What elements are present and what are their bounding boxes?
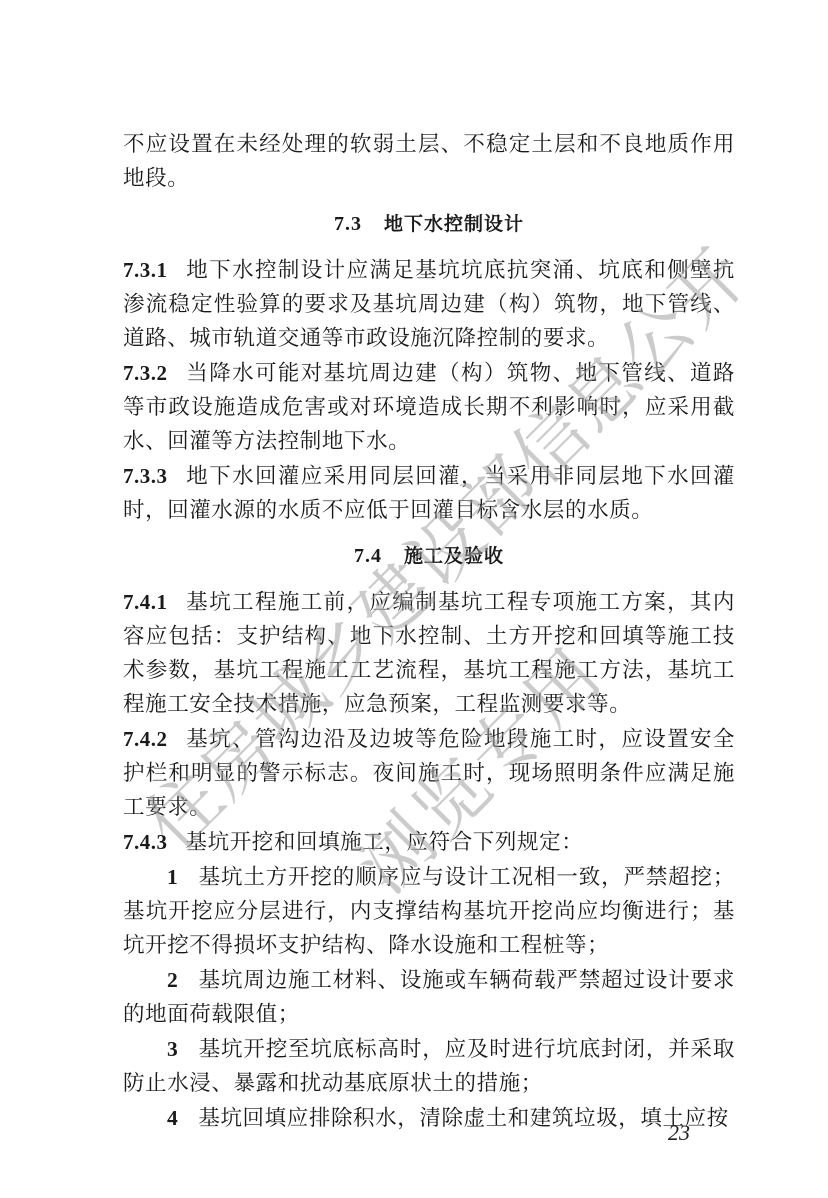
clause-text: 当降水可能对基坑周边建（构）筑物、地下管线、道路等市政设施造成危害或对环境造成长… [123, 361, 735, 454]
clause-7-3-3: 7.3.3地下水回灌应采用同层回灌，当采用非同层地下水回灌时，回灌水源的水质不应… [123, 459, 735, 528]
clause-number: 7.3.1 [123, 258, 168, 282]
clause-number: 7.3.3 [123, 464, 168, 488]
clause-7-4-3: 7.4.3基坑开挖和回填施工，应符合下列规定： [123, 825, 735, 860]
clause-7-4-1: 7.4.1基坑工程施工前，应编制基坑工程专项施工方案，其内容应包括：支护结构、地… [123, 585, 735, 722]
list-item-text: 基坑回填应排除积水，清除虚土和建筑垃圾，填土应按 [198, 1106, 728, 1131]
clause-7-4-2: 7.4.2基坑、管沟边沿及边坡等危险地段施工时，应设置安全护栏和明显的警示标志。… [123, 722, 735, 825]
list-item-number: 3 [167, 1032, 178, 1066]
page-number: 23 [668, 1120, 690, 1146]
section-title: 地下水控制设计 [384, 213, 524, 235]
section-heading-7-3: 7.3地下水控制设计 [123, 207, 735, 241]
page-content: 不应设置在未经处理的软弱土层、不稳定土层和不良地质作用地段。 7.3地下水控制设… [123, 128, 735, 1136]
list-item-4: 4基坑回填应排除积水，清除虚土和建筑垃圾，填土应按 [123, 1101, 735, 1136]
list-item-1: 1基坑土方开挖的顺序应与设计工况相一致，严禁超挖；基坑开挖应分层进行，内支撑结构… [123, 860, 735, 963]
clause-text: 基坑、管沟边沿及边坡等危险地段施工时，应设置安全护栏和明显的警示标志。夜间施工时… [123, 727, 735, 820]
section-number: 7.4 [354, 545, 382, 567]
list-item-2: 2基坑周边施工材料、设施或车辆荷载严禁超过设计要求的地面荷载限值； [123, 963, 735, 1032]
clause-number: 7.3.2 [123, 361, 168, 385]
clause-text: 基坑工程施工前，应编制基坑工程专项施工方案，其内容应包括：支护结构、地下水控制、… [123, 590, 735, 717]
clause-text: 地下水控制设计应满足基坑坑底抗突涌、坑底和侧壁抗渗流稳定性验算的要求及基坑周边建… [123, 258, 735, 351]
list-item-number: 2 [167, 963, 178, 997]
clause-number: 7.4.1 [123, 590, 168, 614]
clause-number: 7.4.3 [123, 830, 168, 854]
clause-7-3-1: 7.3.1地下水控制设计应满足基坑坑底抗突涌、坑底和侧壁抗渗流稳定性验算的要求及… [123, 253, 735, 356]
clause-7-3-2: 7.3.2当降水可能对基坑周边建（构）筑物、地下管线、道路等市政设施造成危害或对… [123, 356, 735, 459]
list-item-number: 1 [167, 860, 178, 894]
clause-text: 地下水回灌应采用同层回灌，当采用非同层地下水回灌时，回灌水源的水质不应低于回灌目… [123, 464, 735, 523]
list-item-3: 3基坑开挖至坑底标高时，应及时进行坑底封闭，并采取防止水浸、暴露和扰动基底原状土… [123, 1032, 735, 1101]
section-heading-7-4: 7.4施工及验收 [123, 539, 735, 573]
list-item-number: 4 [167, 1101, 178, 1135]
section-number: 7.3 [334, 213, 362, 235]
clause-text: 基坑开挖和回填施工，应符合下列规定： [186, 830, 584, 855]
list-item-text: 基坑开挖至坑底标高时，应及时进行坑底封闭，并采取防止水浸、暴露和扰动基底原状土的… [123, 1037, 735, 1096]
list-item-text: 基坑土方开挖的顺序应与设计工况相一致，严禁超挖；基坑开挖应分层进行，内支撑结构基… [123, 865, 735, 958]
clause-number: 7.4.2 [123, 727, 168, 751]
document-page: 不应设置在未经处理的软弱土层、不稳定土层和不良地质作用地段。 7.3地下水控制设… [0, 0, 828, 1198]
section-title: 施工及验收 [404, 545, 504, 567]
list-item-text: 基坑周边施工材料、设施或车辆荷载严禁超过设计要求的地面荷载限值； [123, 968, 735, 1027]
continuation-paragraph: 不应设置在未经处理的软弱土层、不稳定土层和不良地质作用地段。 [123, 128, 735, 196]
